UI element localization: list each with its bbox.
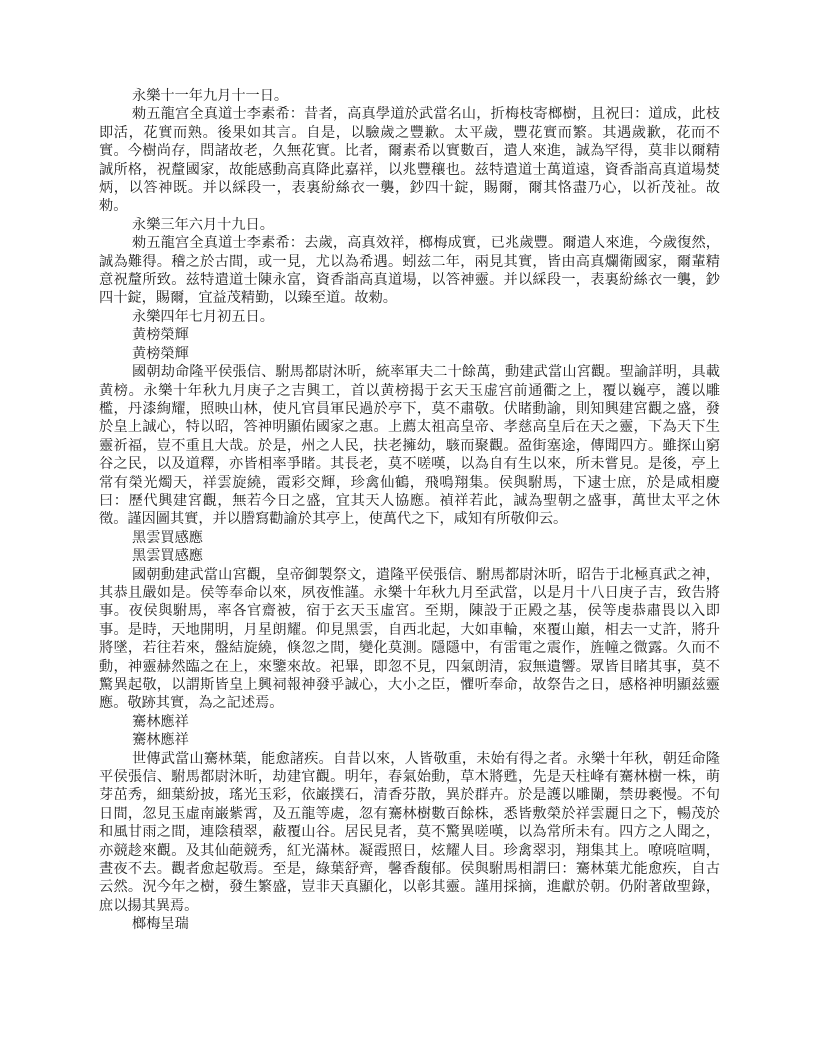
edict-date-line: 永樂四年七月初五日。 xyxy=(99,308,720,326)
section-paragraph: 國朝劫命隆平侯張信、駙馬都尉沐昕，統率軍夫二十餘萬，動建武當山宮觀。聖諭詳明，具… xyxy=(99,363,720,529)
edict-paragraph: 勑五龍宫全真道士李素希：去歲，高真效祥，榔梅成實，已兆歲豐。爾遣人來進，今歲復然… xyxy=(99,234,720,308)
section-heading: 黄榜榮輝 xyxy=(99,326,720,344)
section-paragraph: 國朝動建武當山宮觀，皇帝御製祭文，遣隆平侯張信、駙馬都尉沐昕，昭告于北極真武之神… xyxy=(99,566,720,713)
edict-date-line: 永樂三年六月十九日。 xyxy=(99,216,720,234)
section-heading: 黑雲買感應 xyxy=(99,547,720,565)
edict-paragraph: 勑五龍宫全真道士李素希：昔者，高真學道於武當名山，折梅枝寄榔樹，且祝曰：道成，此… xyxy=(99,105,720,215)
section-heading: 黄榜榮輝 xyxy=(99,345,720,363)
section-heading: 騫林應祥 xyxy=(99,713,720,731)
section-heading: 黑雲買感應 xyxy=(99,529,720,547)
section-heading: 騫林應祥 xyxy=(99,731,720,749)
section-paragraph: 世傳武當山騫林葉，能愈諸疾。自昔以來，人皆敬重，未始有得之者。永樂十年秋，朝廷命… xyxy=(99,750,720,916)
edict-date-line: 永樂十一年九月十一日。 xyxy=(99,87,720,105)
document-page: 永樂十一年九月十一日。 勑五龍宫全真道士李素希：昔者，高真學道於武當名山，折梅枝… xyxy=(99,87,720,934)
section-heading: 榔梅呈瑞 xyxy=(99,915,720,933)
